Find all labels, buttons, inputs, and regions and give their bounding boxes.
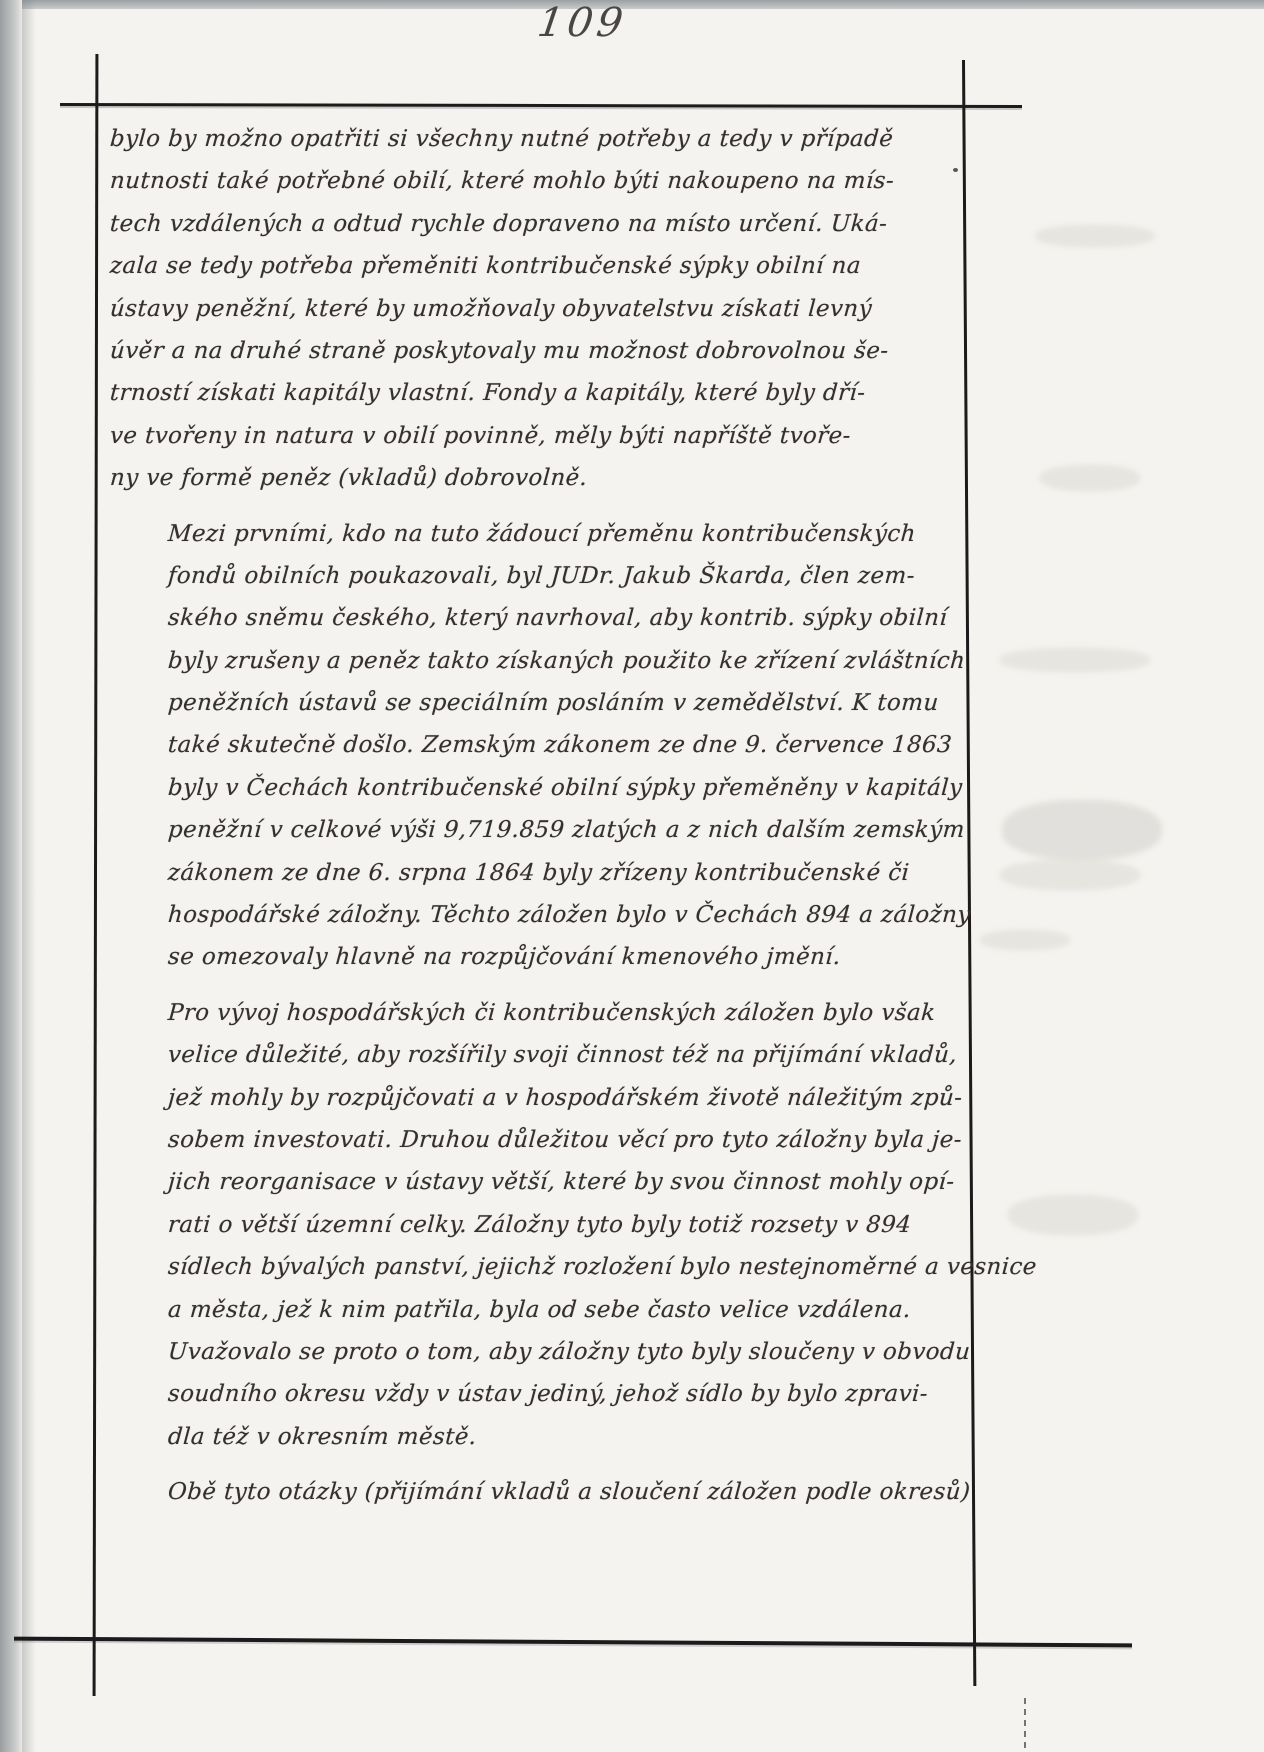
handwritten-line: tech vzdálených a odtud rychle dopraveno…	[109, 203, 968, 245]
ink-bleed-mark	[1000, 648, 1150, 672]
handwritten-line: také skutečně došlo. Zemským zákonem ze …	[109, 724, 968, 766]
paragraph-1: bylo by možno opatřiti si všechny nutné …	[110, 118, 966, 500]
ink-bleed-mark	[1000, 860, 1140, 890]
handwritten-line: Uvažovalo se proto o tom, aby záložny ty…	[109, 1331, 968, 1373]
handwritten-line: trností získati kapitály vlastní. Fondy …	[109, 372, 968, 414]
handwritten-line: Mezi prvními, kdo na tuto žádoucí přeměn…	[109, 513, 968, 555]
ink-bleed-mark	[1008, 1195, 1138, 1235]
handwritten-line: sídlech bývalých panství, jejichž rozlož…	[109, 1246, 968, 1288]
handwritten-line: peněžní v celkové výši 9,719.859 zlatých…	[109, 809, 968, 851]
paragraph-2: Mezi prvními, kdo na tuto žádoucí přeměn…	[110, 513, 966, 979]
handwritten-line: zákonem ze dne 6. srpna 1864 byly zřízen…	[109, 852, 968, 894]
bottom-margin-mark	[1024, 1698, 1026, 1748]
handwritten-line: byly v Čechách kontribučenské obilní sýp…	[109, 767, 968, 809]
handwritten-line: a města, jež k nim patřila, byla od sebe…	[109, 1289, 968, 1331]
handwritten-line: jich reorganisace v ústavy větší, které …	[109, 1161, 968, 1203]
ink-bleed-mark	[980, 930, 1070, 950]
paragraph-4: Obě tyto otázky (přijímání vkladů a slou…	[110, 1471, 966, 1513]
handwritten-line: jež mohly by rozpůjčovati a v hospodářsk…	[109, 1077, 968, 1119]
scanner-edge-top	[0, 0, 1264, 9]
page-number: 109	[535, 0, 630, 46]
handwritten-line: ského sněmu českého, který navrhoval, ab…	[109, 597, 968, 639]
ink-bleed-mark	[1035, 225, 1155, 247]
ruled-border-left	[93, 54, 99, 1696]
handwritten-line: fondů obilních poukazovali, byl JUDr. Ja…	[109, 555, 968, 597]
scanned-page: 109 bylo by možno opatřiti si všechny nu…	[0, 0, 1264, 1752]
handwritten-line: bylo by možno opatřiti si všechny nutné …	[109, 118, 968, 160]
handwritten-line: sobem investovati. Druhou důležitou věcí…	[109, 1119, 968, 1161]
handwritten-line: nutnosti také potřebné obilí, které mohl…	[109, 160, 968, 202]
handwritten-line: dla též v okresním městě.	[109, 1416, 968, 1458]
handwritten-line: ny ve formě peněz (vkladů) dobrovolně.	[109, 457, 968, 499]
ruled-border-top	[60, 103, 1022, 108]
ink-bleed-mark	[1040, 465, 1140, 491]
handwritten-line: hospodářské záložny. Těchto záložen bylo…	[109, 894, 968, 936]
handwritten-line: rati o větší územní celky. Záložny tyto …	[109, 1204, 968, 1246]
handwritten-line: soudního okresu vždy v ústav jediný, jeh…	[109, 1373, 968, 1415]
handwritten-line: zala se tedy potřeba přeměniti kontribuč…	[109, 245, 968, 287]
manuscript-text: bylo by možno opatřiti si všechny nutné …	[110, 118, 966, 1514]
handwritten-line: byly zrušeny a peněz takto získaných pou…	[109, 640, 968, 682]
ink-bleed-mark	[1002, 800, 1162, 860]
ruled-border-bottom	[14, 1637, 1132, 1648]
handwritten-line: ve tvořeny in natura v obilí povinně, mě…	[109, 415, 968, 457]
handwritten-line: peněžních ústavů se speciálním posláním …	[109, 682, 968, 724]
scanner-edge-left	[0, 0, 22, 1752]
handwritten-line: Pro vývoj hospodářských či kontribučensk…	[109, 992, 968, 1034]
handwritten-line: Obě tyto otázky (přijímání vkladů a slou…	[109, 1471, 968, 1513]
handwritten-line: úvěr a na druhé straně poskytovaly mu mo…	[109, 330, 968, 372]
handwritten-line: ústavy peněžní, které by umožňovaly obyv…	[109, 288, 968, 330]
handwritten-line: se omezovaly hlavně na rozpůjčování kmen…	[109, 936, 968, 978]
paragraph-3: Pro vývoj hospodářských či kontribučensk…	[110, 992, 966, 1458]
scanner-edge-shadow	[22, 0, 36, 1752]
handwritten-line: velice důležité, aby rozšířily svoji čin…	[109, 1034, 968, 1076]
